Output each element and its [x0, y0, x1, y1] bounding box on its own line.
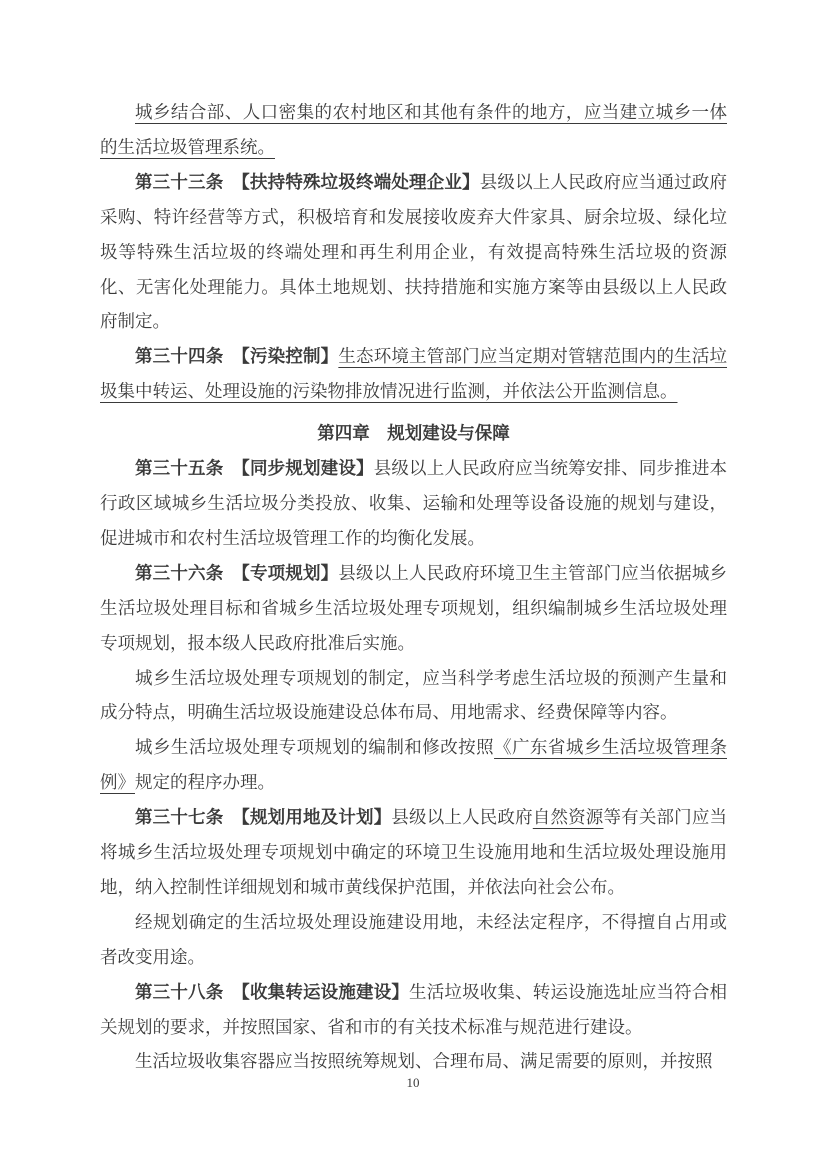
- article-title: 第三十五条 【同步规划建设】: [135, 458, 374, 478]
- paragraph: 城乡生活垃圾处理专项规划的编制和修改按照《广东省城乡生活垃圾管理条例》规定的程序…: [100, 730, 727, 800]
- underlined-text: 城乡结合部、人口密集的农村地区和其他有条件的地方，应当建立城乡一体的生活垃圾管理…: [100, 102, 727, 157]
- body-text: 规定的程序办理。: [135, 772, 275, 792]
- article-title: 第三十八条 【收集转运设施建设】: [135, 982, 409, 1002]
- page-footer: 10: [0, 1074, 826, 1092]
- paragraph: 第三十六条 【专项规划】县级以上人民政府环境卫生主管部门应当依据城乡生活垃圾处理…: [100, 556, 727, 661]
- article-title: 第三十六条 【专项规划】: [135, 563, 338, 583]
- paragraph: 第三十四条 【污染控制】生态环境主管部门应当定期对管辖范围内的生活垃圾集中转运、…: [100, 339, 727, 409]
- paragraph: 城乡生活垃圾处理专项规划的制定，应当科学考虑生活垃圾的预测产生量和成分特点，明确…: [100, 661, 727, 731]
- page-number: 10: [407, 1075, 420, 1090]
- body-text: 城乡生活垃圾处理专项规划的编制和修改按照: [135, 737, 494, 757]
- body-text: 县级以上人民政府应当通过政府采购、特许经营等方式，积极培育和发展接收废弃大件家具…: [100, 172, 727, 332]
- body-text: 县级以上人民政府: [391, 807, 532, 827]
- article-title: 第三十三条 【扶持特殊垃圾终端处理企业】: [135, 172, 480, 192]
- paragraph: 第三十五条 【同步规划建设】县级以上人民政府应当统筹安排、同步推进本行政区域城乡…: [100, 451, 727, 556]
- paragraph: 第三十七条 【规划用地及计划】县级以上人民政府自然资源等有关部门应当将城乡生活垃…: [100, 800, 727, 905]
- body-text: 城乡生活垃圾处理专项规划的制定，应当科学考虑生活垃圾的预测产生量和成分特点，明确…: [100, 668, 727, 723]
- article-title: 第三十七条 【规划用地及计划】: [135, 807, 391, 827]
- paragraph: 城乡结合部、人口密集的农村地区和其他有条件的地方，应当建立城乡一体的生活垃圾管理…: [100, 95, 727, 165]
- paragraph: 第三十三条 【扶持特殊垃圾终端处理企业】县级以上人民政府应当通过政府采购、特许经…: [100, 165, 727, 340]
- document-page: 城乡结合部、人口密集的农村地区和其他有条件的地方，应当建立城乡一体的生活垃圾管理…: [0, 0, 826, 1169]
- underlined-text: 自然资源: [533, 807, 604, 827]
- paragraph: 第三十八条 【收集转运设施建设】生活垃圾收集、转运设施选址应当符合相关规划的要求…: [100, 975, 727, 1045]
- body-text: 生活垃圾收集容器应当按照统筹规划、合理布局、满足需要的原则，并按照: [135, 1051, 713, 1071]
- paragraph: 经规划确定的生活垃圾处理设施建设用地，未经法定程序，不得擅自占用或者改变用途。: [100, 905, 727, 975]
- article-title: 第三十四条 【污染控制】: [135, 346, 338, 366]
- body-text: 经规划确定的生活垃圾处理设施建设用地，未经法定程序，不得擅自占用或者改变用途。: [100, 912, 727, 967]
- document-body: 城乡结合部、人口密集的农村地区和其他有条件的地方，应当建立城乡一体的生活垃圾管理…: [100, 95, 727, 1079]
- chapter-heading: 第四章 规划建设与保障: [100, 416, 727, 451]
